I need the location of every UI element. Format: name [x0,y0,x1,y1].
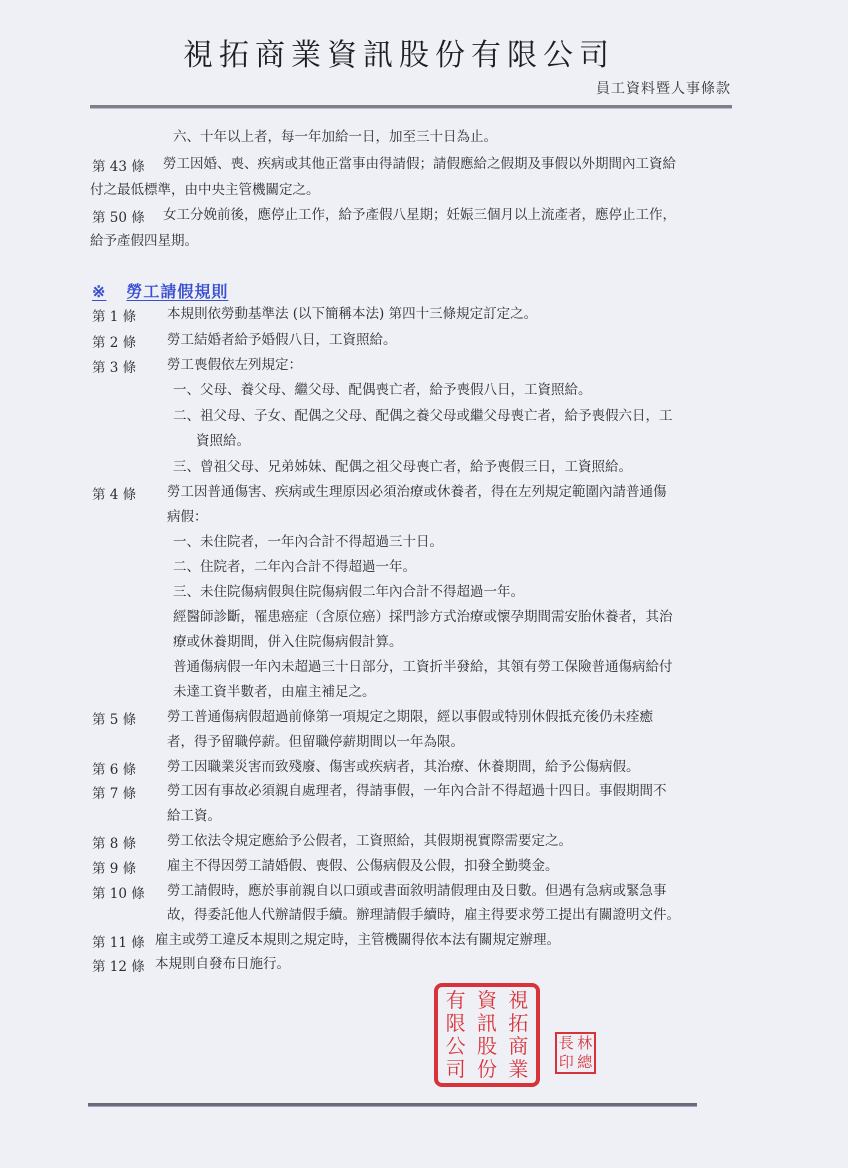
section-title: 勞工請假規則 [126,282,228,301]
article-text: 勞工請假時，應於事前親自以口頭或書面敘明請假理由及日數。但遇有急病或緊急事 [167,882,667,900]
seal-char: 拓 [503,1012,534,1035]
note-text: 普通傷病假一年內未超過三十日部分，工資折半發給，其領有勞工保險普通傷病給付 [173,658,673,676]
seal-char: 總 [576,1053,595,1072]
list-item: 三、未住院傷病假與住院傷病假二年內合計不得超過一年。 [173,583,524,601]
personal-seal-stamp: 林 總 長 印 [555,1032,596,1074]
seal-char: 資 [471,989,502,1012]
list-item: 三、曾祖父母、兄弟姊妹、配偶之祖父母喪亡者，給予喪假三日，工資照給。 [173,458,632,476]
article-text: 雇主或勞工違反本規則之規定時，主管機關得依本法有關規定辦理。 [155,931,560,949]
article-text-continued: 故，得委託他人代辦請假手續。辦理請假手續時，雇主得要求勞工提出有關證明文件。 [167,906,680,924]
seal-char: 商 [503,1035,534,1058]
article-number: 第 6 條 [92,758,136,778]
article-text: 本規則依勞動基準法 (以下簡稱本法) 第四十三條規定訂定之。 [167,305,537,323]
seal-char: 林 [576,1034,595,1053]
note-text: 療或休養期間，併入住院傷病假計算。 [173,633,403,651]
seal-char: 股 [471,1035,502,1058]
seal-char: 限 [440,1012,471,1035]
article-number: 第 2 條 [92,331,136,351]
article-text: 女工分娩前後，應停止工作，給予產假八星期；妊娠三個月以上流產者，應停止工作， [163,206,676,224]
document-page: 視拓商業資訊股份有限公司 員工資料暨人事條款 六、十年以上者，每一年加給一日，加… [0,0,848,1168]
article-number: 第 43 條 [92,155,145,175]
reference-mark-icon: ※ [92,282,106,301]
article-text: 勞工因婚、喪、疾病或其他正當事由得請假；請假應給之假期及事假以外期間內工資給 [163,155,676,173]
seal-char: 長 [557,1034,576,1053]
seal-char: 司 [440,1058,471,1081]
seal-char: 訊 [471,1012,502,1035]
article-number: 第 10 條 [92,882,145,902]
intro-item-six: 六、十年以上者，每一年加給一日，加至三十日為止。 [173,128,497,146]
list-item: 二、住院者，二年內合計不得超過一年。 [173,558,416,576]
list-item: 一、未住院者，一年內合計不得超過三十日。 [173,533,443,551]
article-number: 第 5 條 [92,708,136,728]
article-text: 雇主不得因勞工請婚假、喪假、公傷病假及公假，扣發全勤獎金。 [167,857,559,875]
article-number: 第 50 條 [92,206,145,226]
seal-char: 公 [440,1035,471,1058]
company-seal-stamp: 視 拓 商 業 資 訊 股 份 有 限 公 司 [434,983,540,1087]
article-number: 第 8 條 [92,832,136,852]
article-text-continued: 付之最低標準，由中央主管機關定之。 [90,181,320,199]
article-text-continued: 病假： [167,508,208,526]
article-text: 本規則自發布日施行。 [155,955,290,973]
list-item-continued: 資照給。 [196,432,250,450]
seal-char: 業 [503,1058,534,1081]
note-text: 未達工資半數者，由雇主補足之。 [173,683,376,701]
article-number: 第 7 條 [92,782,136,802]
article-text-continued: 給予產假四星期。 [90,232,198,250]
article-text: 勞工因普通傷害、疾病或生理原因必須治療或休養者，得在左列規定範圍內請普通傷 [167,483,667,501]
list-item: 二、祖父母、子女、配偶之父母、配偶之養父母或繼父母喪亡者，給予喪假六日，工 [173,407,673,425]
article-text: 勞工結婚者給予婚假八日，工資照給。 [167,331,397,349]
article-number: 第 9 條 [92,857,136,877]
article-text: 勞工依法令規定應給予公假者，工資照給，其假期視實際需要定之。 [167,832,572,850]
seal-char: 視 [503,989,534,1012]
seal-char: 印 [557,1053,576,1072]
article-number: 第 4 條 [92,483,136,503]
article-number: 第 12 條 [92,955,145,975]
article-text: 勞工因有事故必須親自處理者，得請事假，一年內合計不得超過十四日。事假期間不 [167,782,667,800]
seal-char: 有 [440,989,471,1012]
document-subtitle: 員工資料暨人事條款 [596,78,731,98]
article-text-continued: 者，得予留職停薪。但留職停薪期間以一年為限。 [167,733,464,751]
list-item: 一、父母、養父母、繼父母、配偶喪亡者，給予喪假八日，工資照給。 [173,381,592,399]
article-number: 第 11 條 [92,931,145,951]
note-text: 經醫師診斷，罹患癌症（含原位癌）採門診方式治療或懷孕期間需安胎休養者，其治 [173,608,673,626]
article-number: 第 3 條 [92,356,136,376]
article-text: 勞工喪假依左列規定： [167,356,302,374]
company-title: 視拓商業資訊股份有限公司 [183,30,615,74]
seal-char: 份 [471,1058,502,1081]
section-heading: ※勞工請假規則 [92,279,228,302]
header-divider [90,105,732,109]
article-number: 第 1 條 [92,305,136,325]
article-text: 勞工普通傷病假超過前條第一項規定之期限，經以事假或特別休假抵充後仍未痊癒 [167,708,653,726]
footer-divider [88,1103,697,1107]
article-text-continued: 給工資。 [167,807,221,825]
article-text: 勞工因職業災害而致殘廢、傷害或疾病者，其治療、休養期間，給予公傷病假。 [167,758,640,776]
